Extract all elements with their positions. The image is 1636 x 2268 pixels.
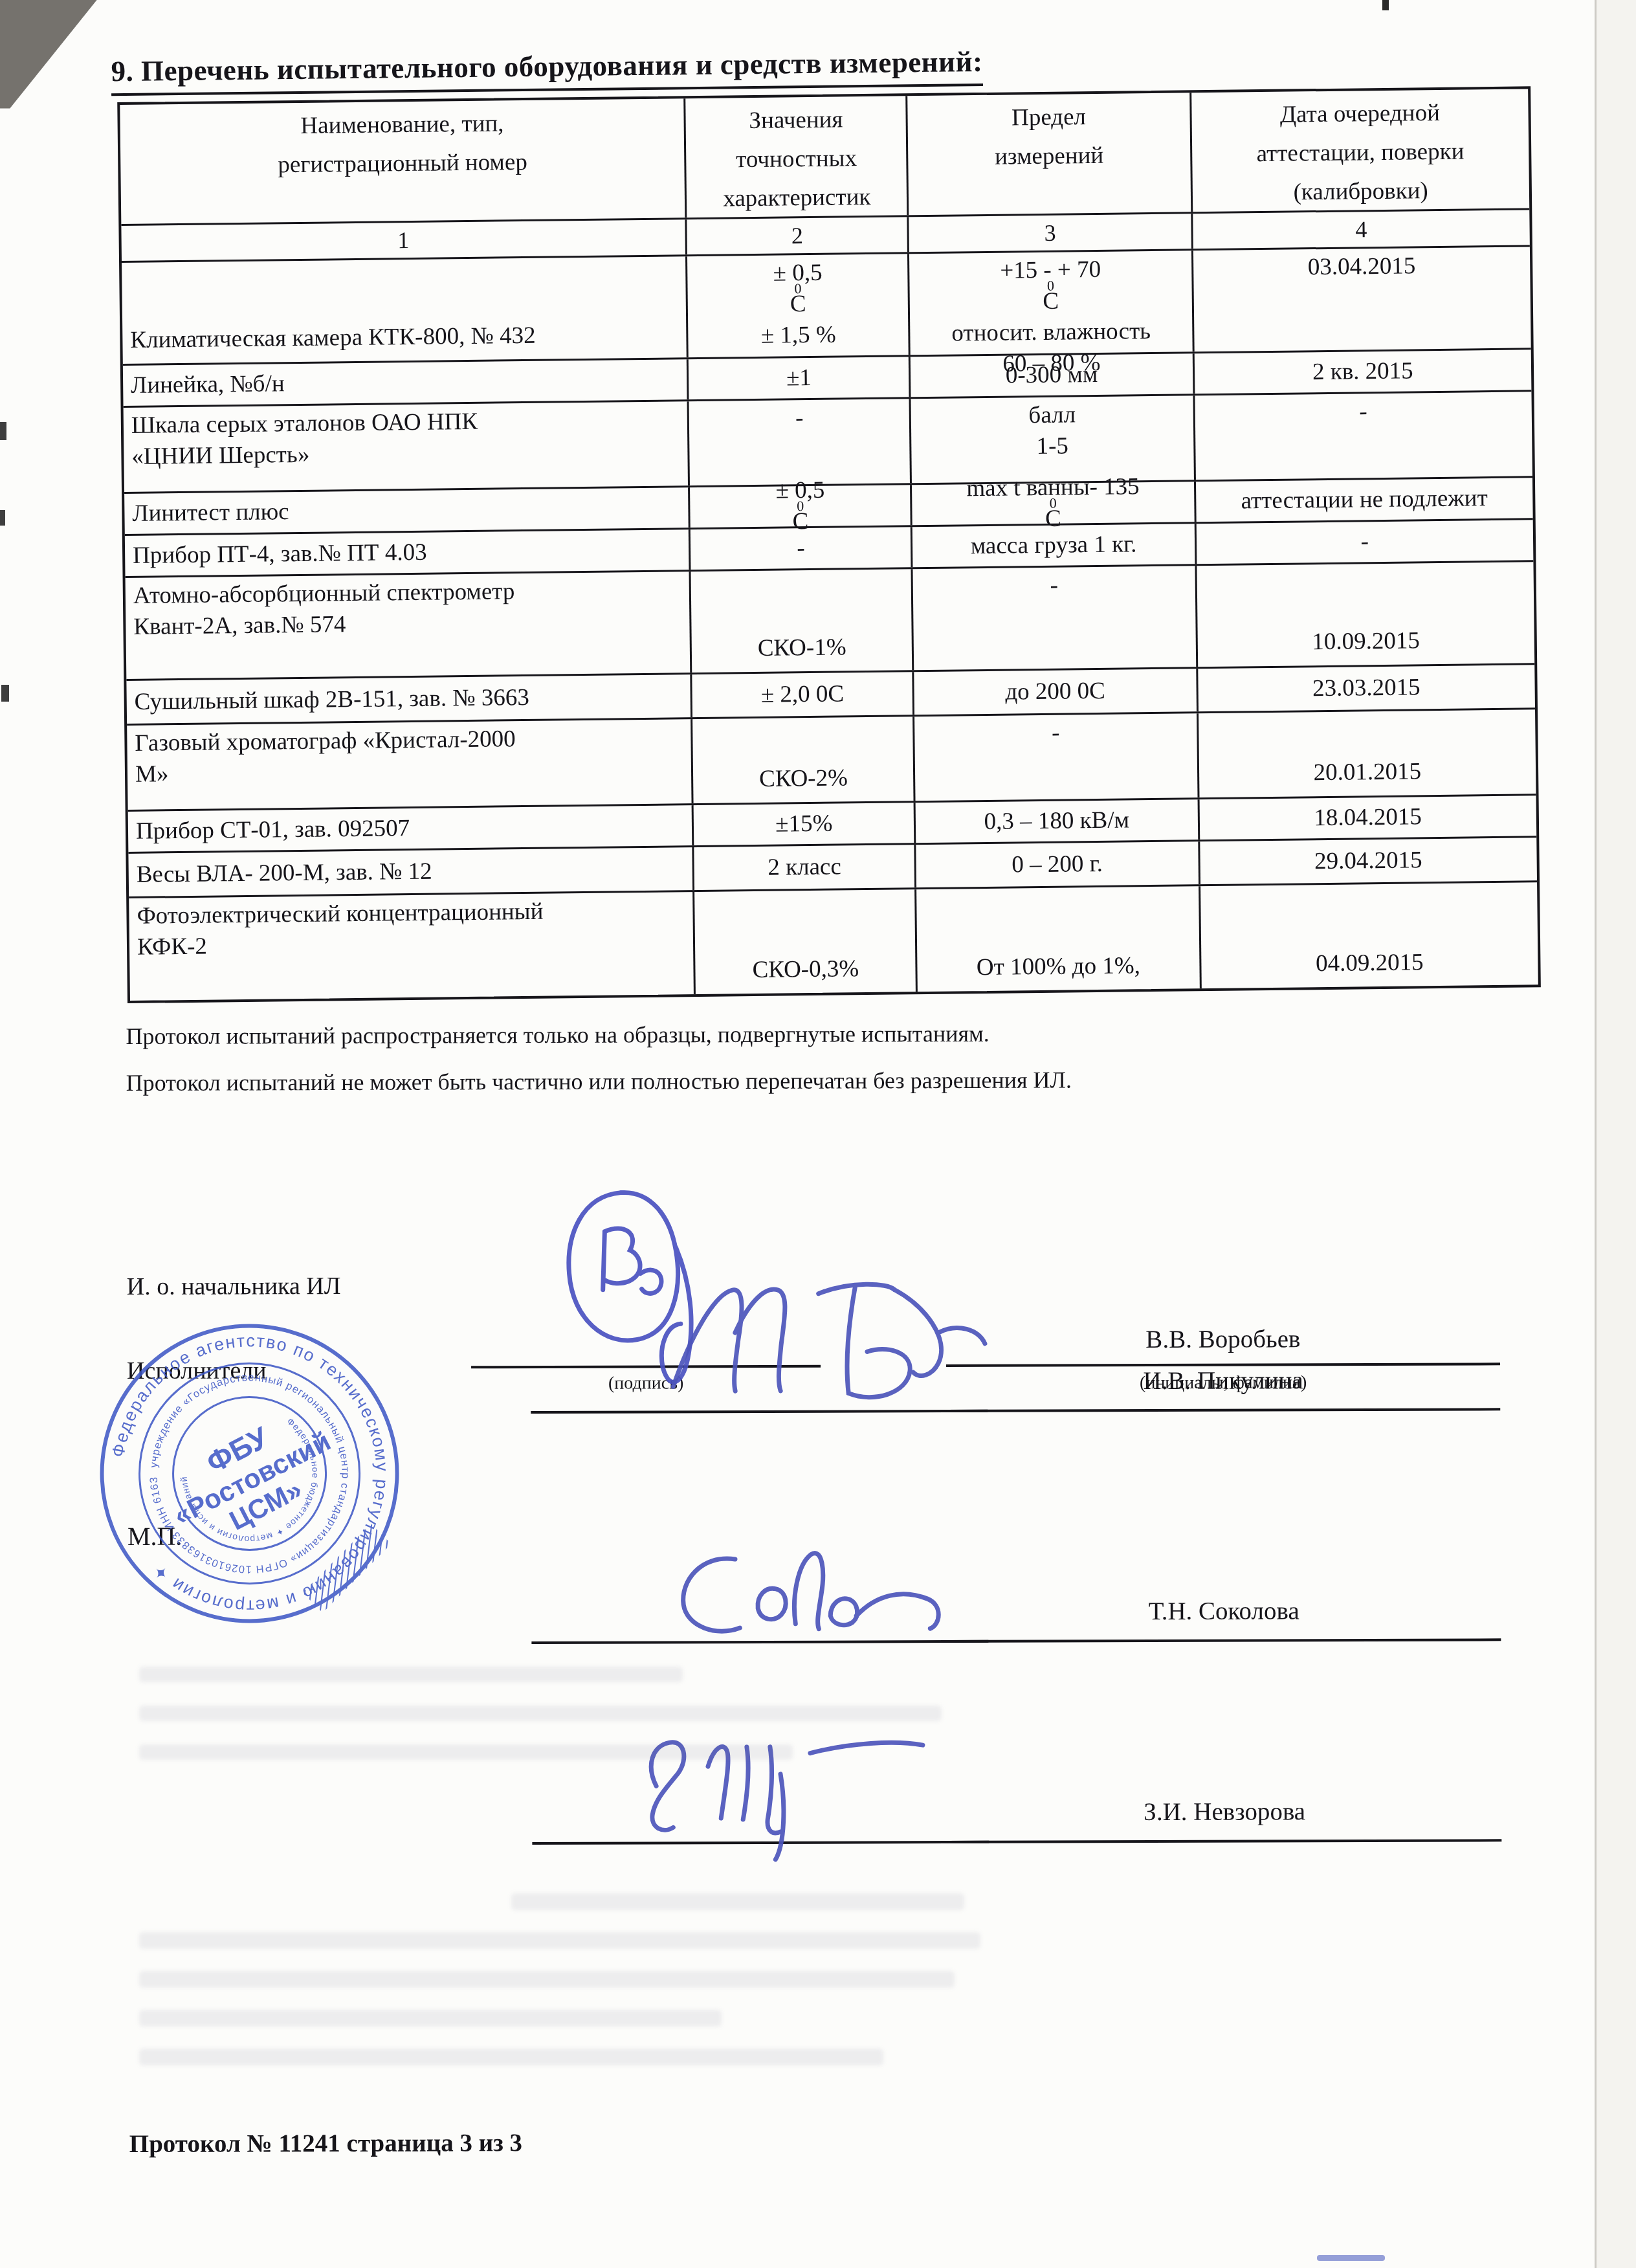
head-name: В.В. Воробьев [946,1324,1500,1355]
handwritten-signature-executor-3 [616,1706,1005,1863]
ghost-text-line [139,2049,883,2065]
ghost-text-line [139,2010,722,2027]
scanned-protocol-page: 9. Перечень испытательного оборудования … [0,0,1636,2268]
page-right-edge [1595,0,1636,2268]
ghost-text-line [139,1971,955,1988]
executor-name: Т.Н. Соколова [947,1595,1501,1627]
executor-name: И.В. Пикулина [946,1365,1500,1396]
ghost-text-line [139,1932,980,1949]
handwritten-signature-executor-1 [653,1253,1003,1423]
scan-top-tick [1382,0,1389,10]
page-footer: Протокол № 11241 страница 3 из 3 [129,2128,522,2159]
round-stamp: Федеральное агентство по техническому ре… [97,1321,402,1626]
executor-name: З.И. Невзорова [947,1796,1501,1827]
executor-name-line [947,1839,1501,1843]
note-scope: Протокол испытаний распространяется толь… [126,1020,989,1050]
ghost-text-line [139,1706,942,1721]
ghost-text-line [139,1744,793,1760]
scan-edge-mark [0,510,5,526]
note-reprint: Протокол испытаний не может быть частичн… [126,1066,1072,1096]
scan-edge-mark [0,422,6,440]
ghost-text-line [511,1893,964,1910]
executor-name-line [947,1638,1501,1643]
handwritten-signature-executor-2 [654,1518,966,1656]
executor-name-line [946,1408,1500,1412]
scan-edge-mark [1,685,9,702]
lower-content-layer: Протокол испытаний распространяется толь… [0,0,1636,2268]
head-role-label: И. о. начальника ИЛ [127,1272,341,1301]
scan-ink-smudge [1317,2255,1385,2261]
ghost-text-line [139,1667,683,1682]
